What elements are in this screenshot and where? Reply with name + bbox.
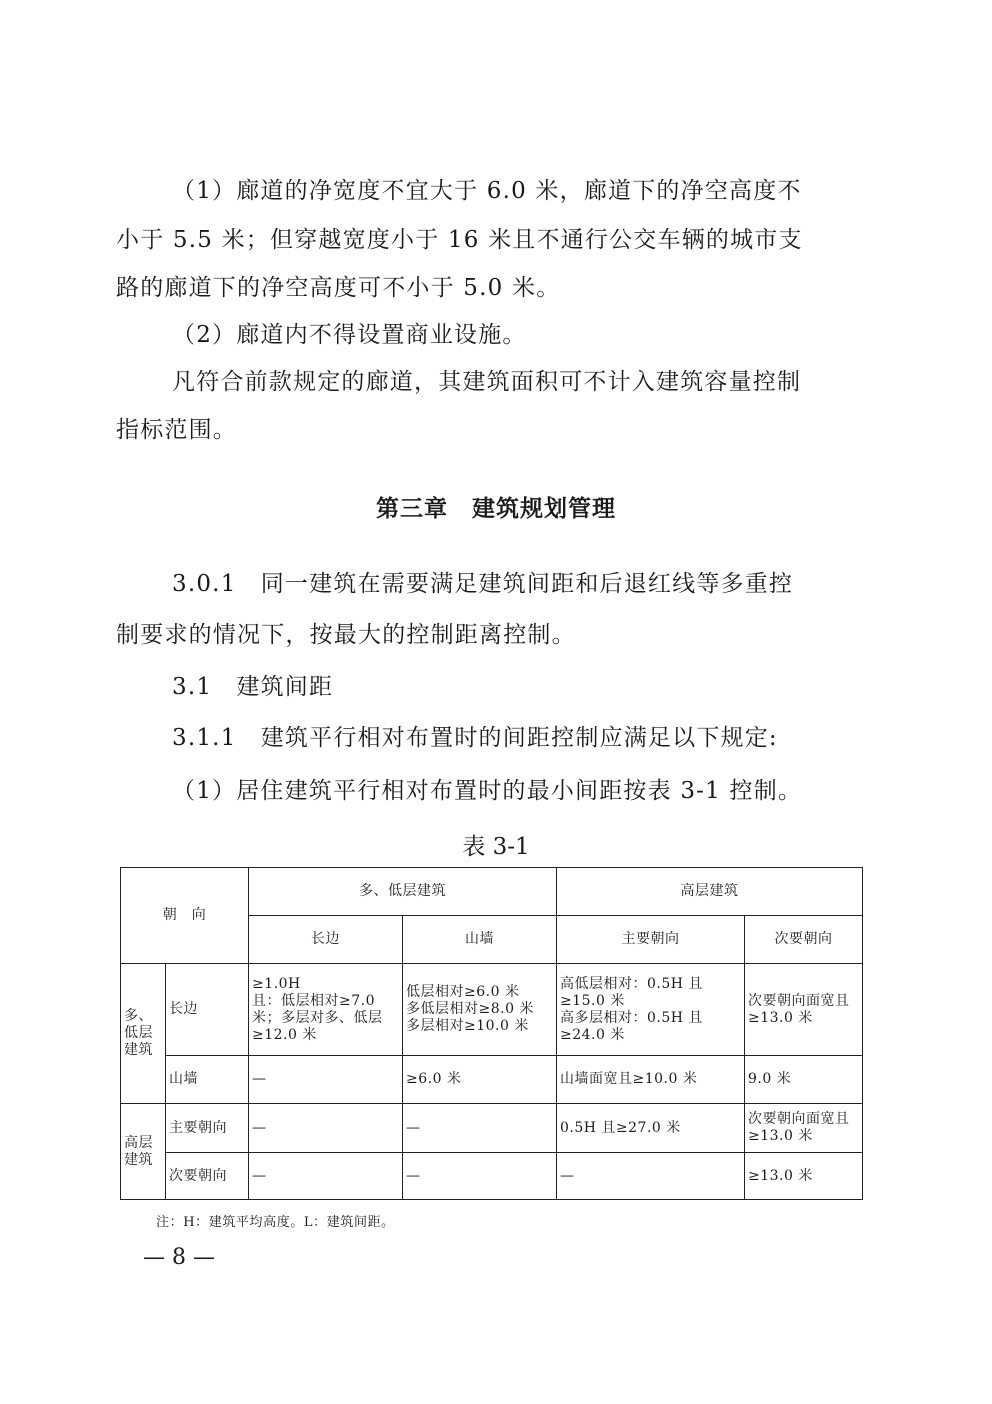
table-caption: 表 3-1 — [0, 828, 992, 861]
cell: 次要朝向面宽且≥13.0 米 — [745, 964, 863, 1056]
cell: — — [249, 1056, 403, 1104]
section-3-1-heading: 3.1 建筑间距 — [172, 672, 333, 702]
list-item: （1）居住建筑平行相对布置时的最小间距按表 3-1 控制。 — [172, 776, 802, 806]
cell: 高低层相对：0.5H 且≥15.0 米 高多层相对：0.5H 且≥24.0 米 — [557, 964, 745, 1056]
table-row: 次要朝向 — — — ≥13.0 米 — [121, 1153, 863, 1200]
paragraph-line: 小于 5.5 米；但穿越宽度小于 16 米且不通行公交车辆的城市支 — [116, 225, 803, 255]
table-row: 山墙 — ≥6.0 米 山墙面宽且≥10.0 米 9.0 米 — [121, 1056, 863, 1104]
row-label: 次要朝向 — [166, 1153, 249, 1200]
row-group-low: 多、低层建筑 — [121, 964, 166, 1104]
section-3-1-1-heading: 3.1.1 建筑平行相对布置时的间距控制应满足以下规定: — [172, 723, 778, 753]
cell: — — [403, 1153, 557, 1200]
row-group-high: 高层建筑 — [121, 1104, 166, 1200]
cell: 0.5H 且≥27.0 米 — [557, 1104, 745, 1153]
paragraph-line: 凡符合前款规定的廊道，其建筑面积可不计入建筑容量控制 — [172, 367, 801, 397]
cell: ≥6.0 米 — [403, 1056, 557, 1104]
cell: — — [557, 1153, 745, 1200]
paragraph-line: （2）廊道内不得设置商业设施。 — [172, 320, 527, 350]
row-label: 山墙 — [166, 1056, 249, 1104]
cell: 次要朝向面宽且≥13.0 米 — [745, 1104, 863, 1153]
header-main-orientation: 主要朝向 — [557, 916, 745, 964]
cell: — — [249, 1153, 403, 1200]
cell: ≥13.0 米 — [745, 1153, 863, 1200]
header-group-high: 高层建筑 — [557, 868, 863, 916]
paragraph-line: 指标范围。 — [116, 415, 237, 445]
cell: — — [403, 1104, 557, 1153]
header-gable: 山墙 — [403, 916, 557, 964]
header-corner: 朝 向 — [121, 868, 249, 964]
table-row: 多、低层建筑 长边 ≥1.0H 且：低层相对≥7.0米；多层对多、低层≥12.0… — [121, 964, 863, 1056]
cell: 9.0 米 — [745, 1056, 863, 1104]
paragraph-line: 路的廊道下的净空高度可不小于 5.0 米。 — [116, 273, 560, 303]
header-group-low: 多、低层建筑 — [249, 868, 557, 916]
paragraph-line: （1）廊道的净宽度不宜大于 6.0 米，廊道下的净空高度不 — [172, 176, 802, 206]
cell: — — [249, 1104, 403, 1153]
section-3-0-1-line: 3.0.1 同一建筑在需要满足建筑间距和后退红线等多重控 — [172, 569, 793, 599]
cell: 山墙面宽且≥10.0 米 — [557, 1056, 745, 1104]
page-number: — 8 — — [143, 1245, 215, 1270]
section-3-0-1-line: 制要求的情况下，按最大的控制距离控制。 — [116, 620, 576, 650]
header-long-side: 长边 — [249, 916, 403, 964]
row-label: 长边 — [166, 964, 249, 1056]
cell: 低层相对≥6.0 米 多低层相对≥8.0 米 多层相对≥10.0 米 — [403, 964, 557, 1056]
chapter-title: 第三章 建筑规划管理 — [0, 490, 992, 523]
table-row: 高层建筑 主要朝向 — — 0.5H 且≥27.0 米 次要朝向面宽且≥13.0… — [121, 1104, 863, 1153]
row-label: 主要朝向 — [166, 1104, 249, 1153]
cell: ≥1.0H 且：低层相对≥7.0米；多层对多、低层≥12.0 米 — [249, 964, 403, 1056]
table-note: 注：H：建筑平均高度。L：建筑间距。 — [156, 1211, 395, 1230]
spacing-table: 朝 向 多、低层建筑 高层建筑 长边 山墙 主要朝向 次要朝向 多、低层建筑 长… — [120, 867, 863, 1200]
header-secondary-orientation: 次要朝向 — [745, 916, 863, 964]
